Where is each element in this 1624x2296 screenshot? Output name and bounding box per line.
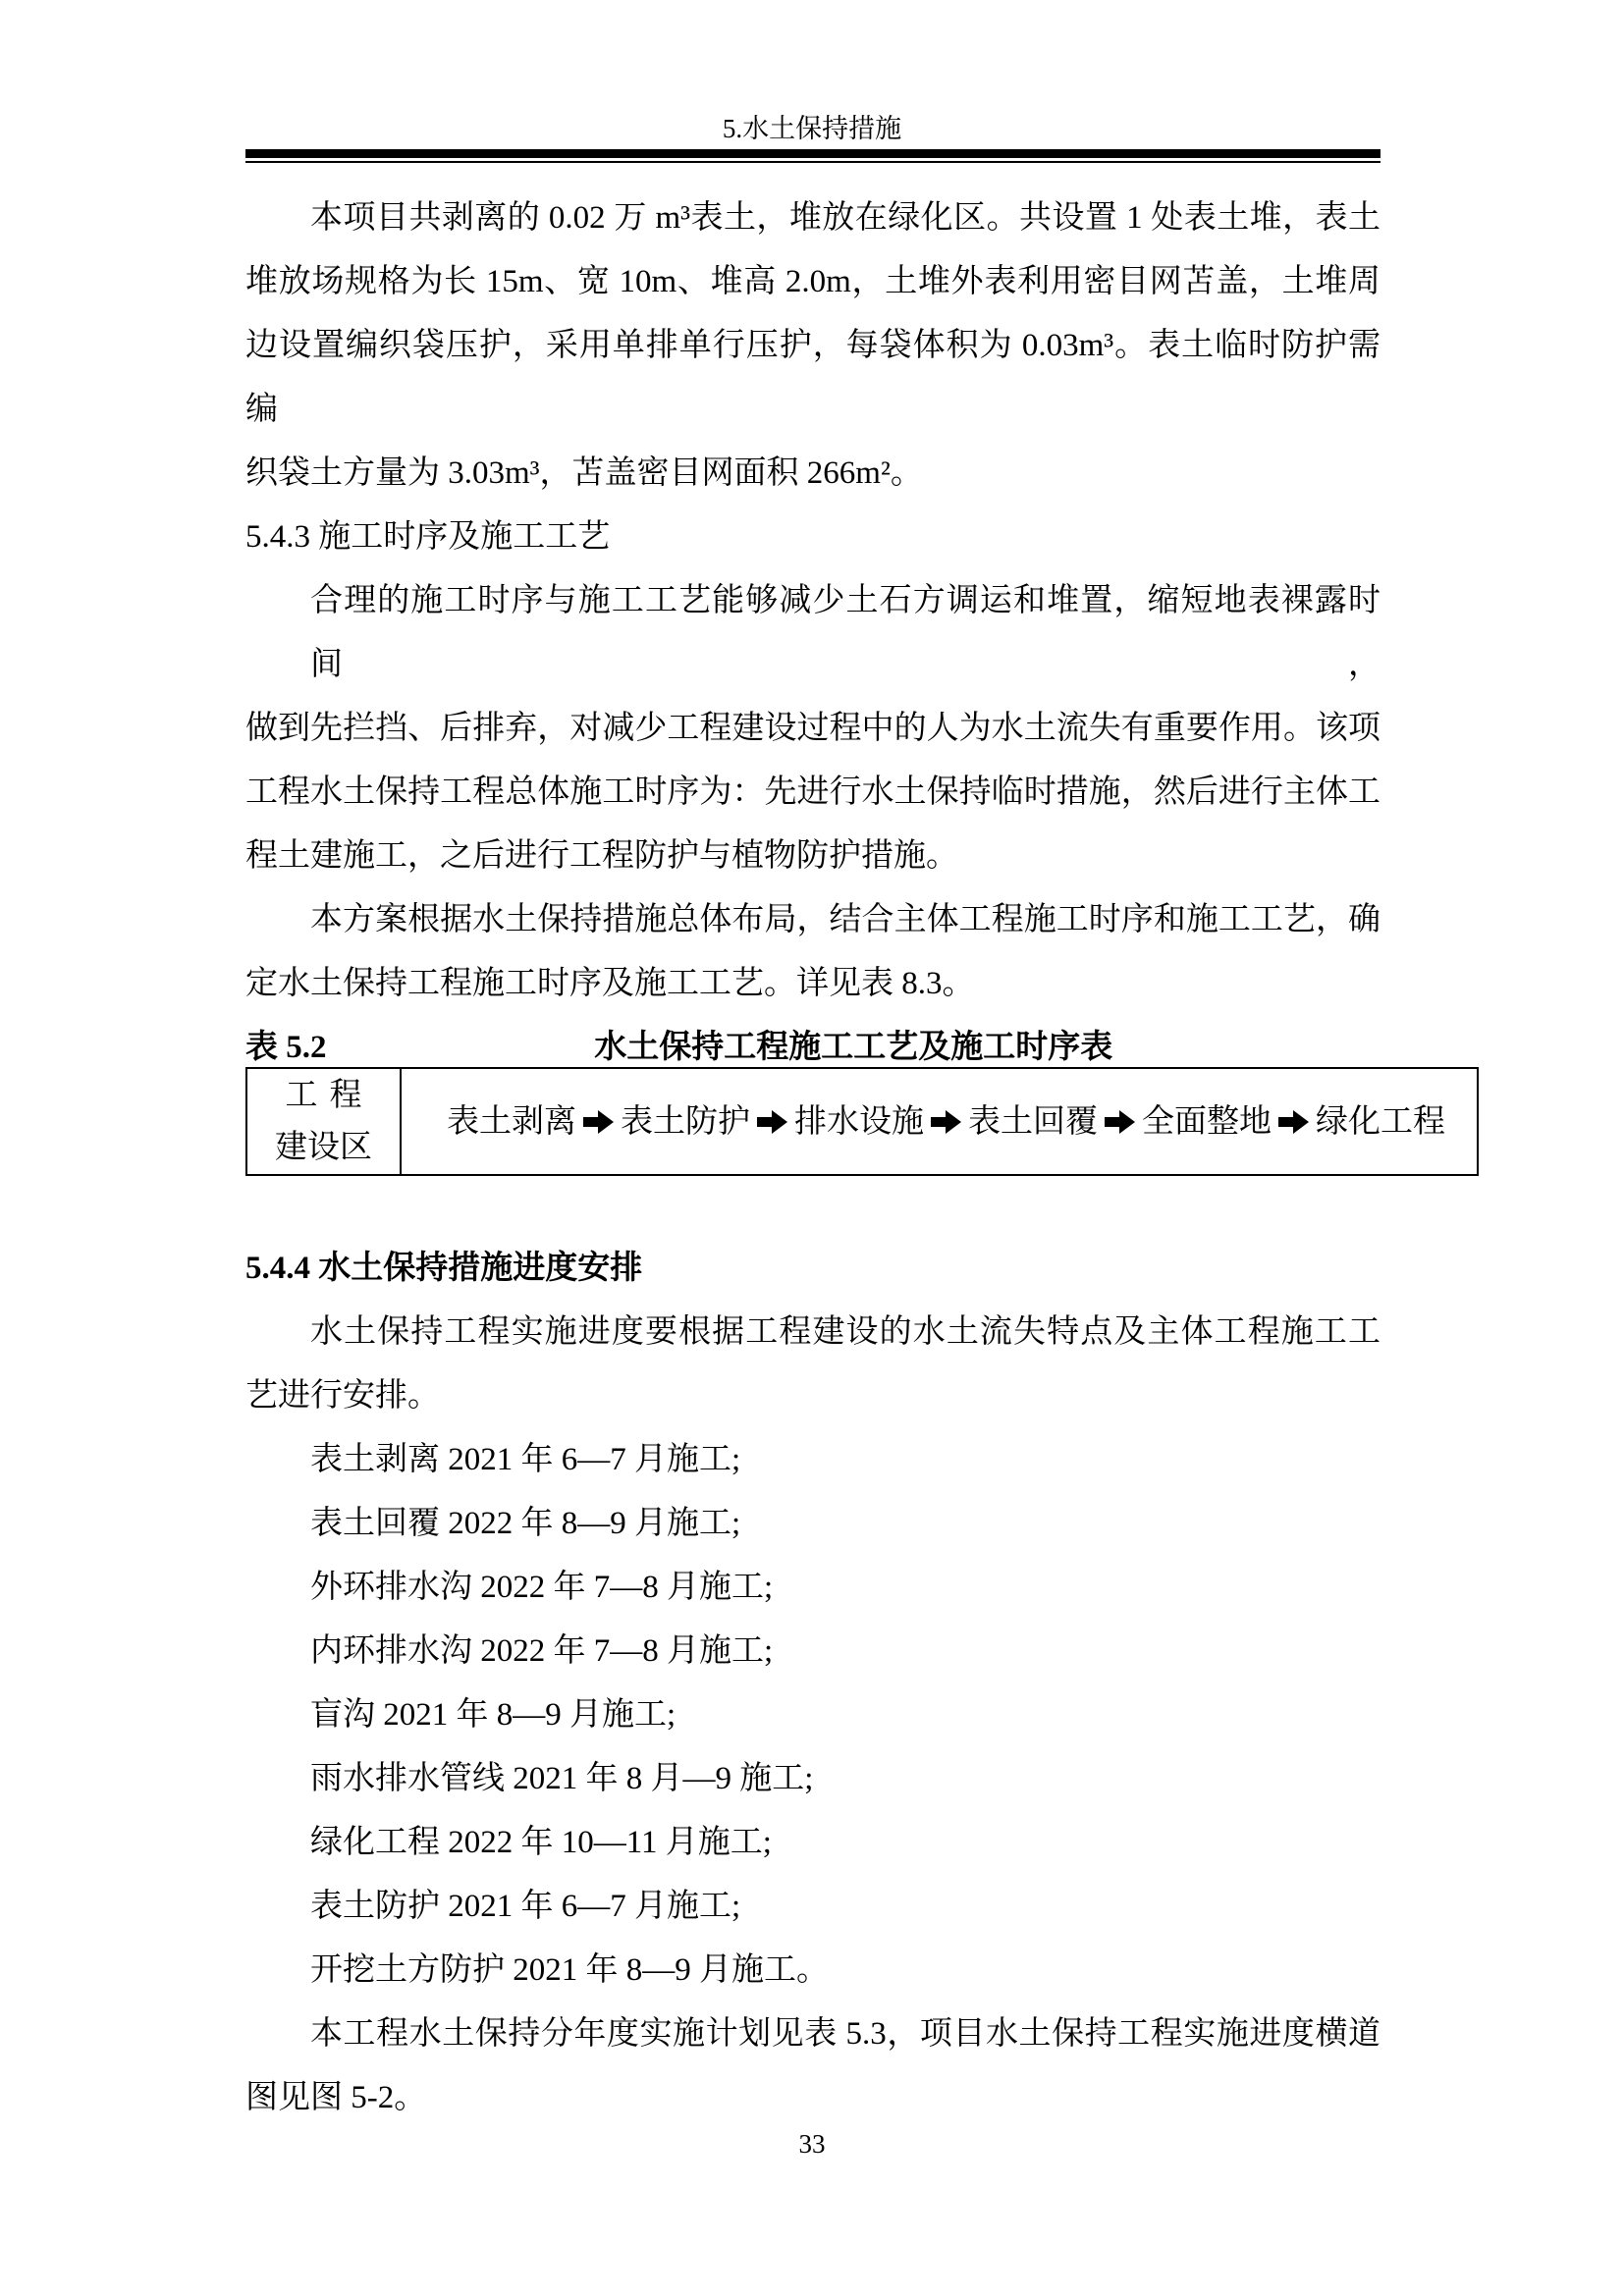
paragraph-line: 堆放场规格为长 15m、宽 10m、堆高 2.0m，土堆外表利用密目网苫盖，土堆… bbox=[245, 250, 1380, 314]
flow-arrow-icon bbox=[931, 1110, 961, 1134]
flow-arrow-icon bbox=[1105, 1110, 1135, 1134]
schedule-item: 表土回覆 2022 年 8—9 月施工; bbox=[245, 1492, 1380, 1556]
header-rule-thick bbox=[245, 149, 1380, 158]
schedule-item: 表土剥离 2021 年 6—7 月施工; bbox=[245, 1428, 1380, 1492]
paragraph-line: 本方案根据水土保持措施总体布局，结合主体工程施工时序和施工工艺，确 bbox=[245, 888, 1380, 952]
construction-flow: 表土剥离表土防护排水设施表土回覆全面整地绿化工程 bbox=[447, 1102, 1445, 1142]
schedule-item: 内环排水沟 2022 年 7—8 月施工; bbox=[245, 1620, 1380, 1683]
flow-arrow-icon bbox=[583, 1110, 614, 1134]
header-rule-thin bbox=[245, 161, 1380, 163]
table-row-header-cell: 工程 建设区 bbox=[247, 1069, 402, 1174]
schedule-item: 开挖土方防护 2021 年 8—9 月施工。 bbox=[245, 1939, 1380, 2002]
row-header-line: 建设区 bbox=[275, 1122, 372, 1174]
table-flow-cell: 表土剥离表土防护排水设施表土回覆全面整地绿化工程 bbox=[402, 1069, 1477, 1174]
paragraph-line: 本工程水土保持分年度实施计划见表 5.3，项目水土保持工程实施进度横道 bbox=[245, 2002, 1380, 2066]
schedule-item: 雨水排水管线 2021 年 8 月—9 施工; bbox=[245, 1747, 1380, 1811]
schedule-item: 绿化工程 2022 年 10—11 月施工; bbox=[245, 1811, 1380, 1875]
paragraph-line: 工程水土保持工程总体施工时序为：先进行水土保持临时措施，然后进行主体工 bbox=[245, 761, 1380, 825]
schedule-item: 表土防护 2021 年 6—7 月施工; bbox=[245, 1875, 1380, 1939]
document-page: 5.水土保持措施 本项目共剥离的 0.02 万 m³表土，堆放在绿化区。共设置 … bbox=[0, 0, 1624, 2296]
paragraph-line: 定水土保持工程施工时序及施工工艺。详见表 8.3。 bbox=[245, 952, 1380, 1016]
page-number: 33 bbox=[0, 2128, 1624, 2160]
section-heading-5-4-4: 5.4.4 水土保持措施进度安排 bbox=[245, 1237, 1380, 1301]
paragraph-line: 本项目共剥离的 0.02 万 m³表土，堆放在绿化区。共设置 1 处表土堆，表土 bbox=[245, 187, 1380, 250]
flow-step: 表土防护 bbox=[621, 1104, 750, 1140]
flow-step: 绿化工程 bbox=[1316, 1104, 1445, 1140]
flow-step: 表土剥离 bbox=[447, 1104, 576, 1140]
paragraph-line: 图见图 5-2。 bbox=[245, 2066, 1380, 2130]
header-rule bbox=[245, 149, 1380, 163]
flow-step: 全面整地 bbox=[1142, 1104, 1272, 1140]
flow-step: 排水设施 bbox=[794, 1104, 924, 1140]
paragraph-line: 织袋土方量为 3.03m³，苫盖密目网面积 266m²。 bbox=[245, 442, 1380, 506]
paragraph-line: 程土建施工，之后进行工程防护与植物防护措施。 bbox=[245, 825, 1380, 888]
paragraph-line: 做到先拦挡、后排弃，对减少工程建设过程中的人为水土流失有重要作用。该项 bbox=[245, 697, 1380, 761]
flow-arrow-icon bbox=[757, 1110, 787, 1134]
schedule-item: 外环排水沟 2022 年 7—8 月施工; bbox=[245, 1556, 1380, 1620]
schedule-item: 盲沟 2021 年 8—9 月施工; bbox=[245, 1683, 1380, 1747]
section-heading-5-4-3: 5.4.3 施工时序及施工工艺 bbox=[245, 506, 1380, 569]
flow-arrow-icon bbox=[1278, 1110, 1309, 1134]
running-header: 5.水土保持措施 bbox=[0, 114, 1624, 143]
paragraph-line: 艺进行安排。 bbox=[245, 1364, 1380, 1428]
paragraph-line: 合理的施工时序与施工工艺能够减少土石方调运和堆置，缩短地表裸露时间， bbox=[245, 569, 1380, 697]
vertical-spacer bbox=[245, 1176, 1380, 1237]
row-header-line: 工程 bbox=[274, 1070, 374, 1122]
flow-step: 表土回覆 bbox=[968, 1104, 1098, 1140]
body-text-column: 本项目共剥离的 0.02 万 m³表土，堆放在绿化区。共设置 1 处表土堆，表土… bbox=[245, 187, 1380, 2130]
table-5-2: 工程 建设区 表土剥离表土防护排水设施表土回覆全面整地绿化工程 bbox=[245, 1067, 1479, 1176]
paragraph-line: 边设置编织袋压护，采用单排单行压护，每袋体积为 0.03m³。表土临时防护需编 bbox=[245, 314, 1380, 442]
paragraph-line: 水土保持工程实施进度要根据工程建设的水土流失特点及主体工程施工工 bbox=[245, 1301, 1380, 1364]
